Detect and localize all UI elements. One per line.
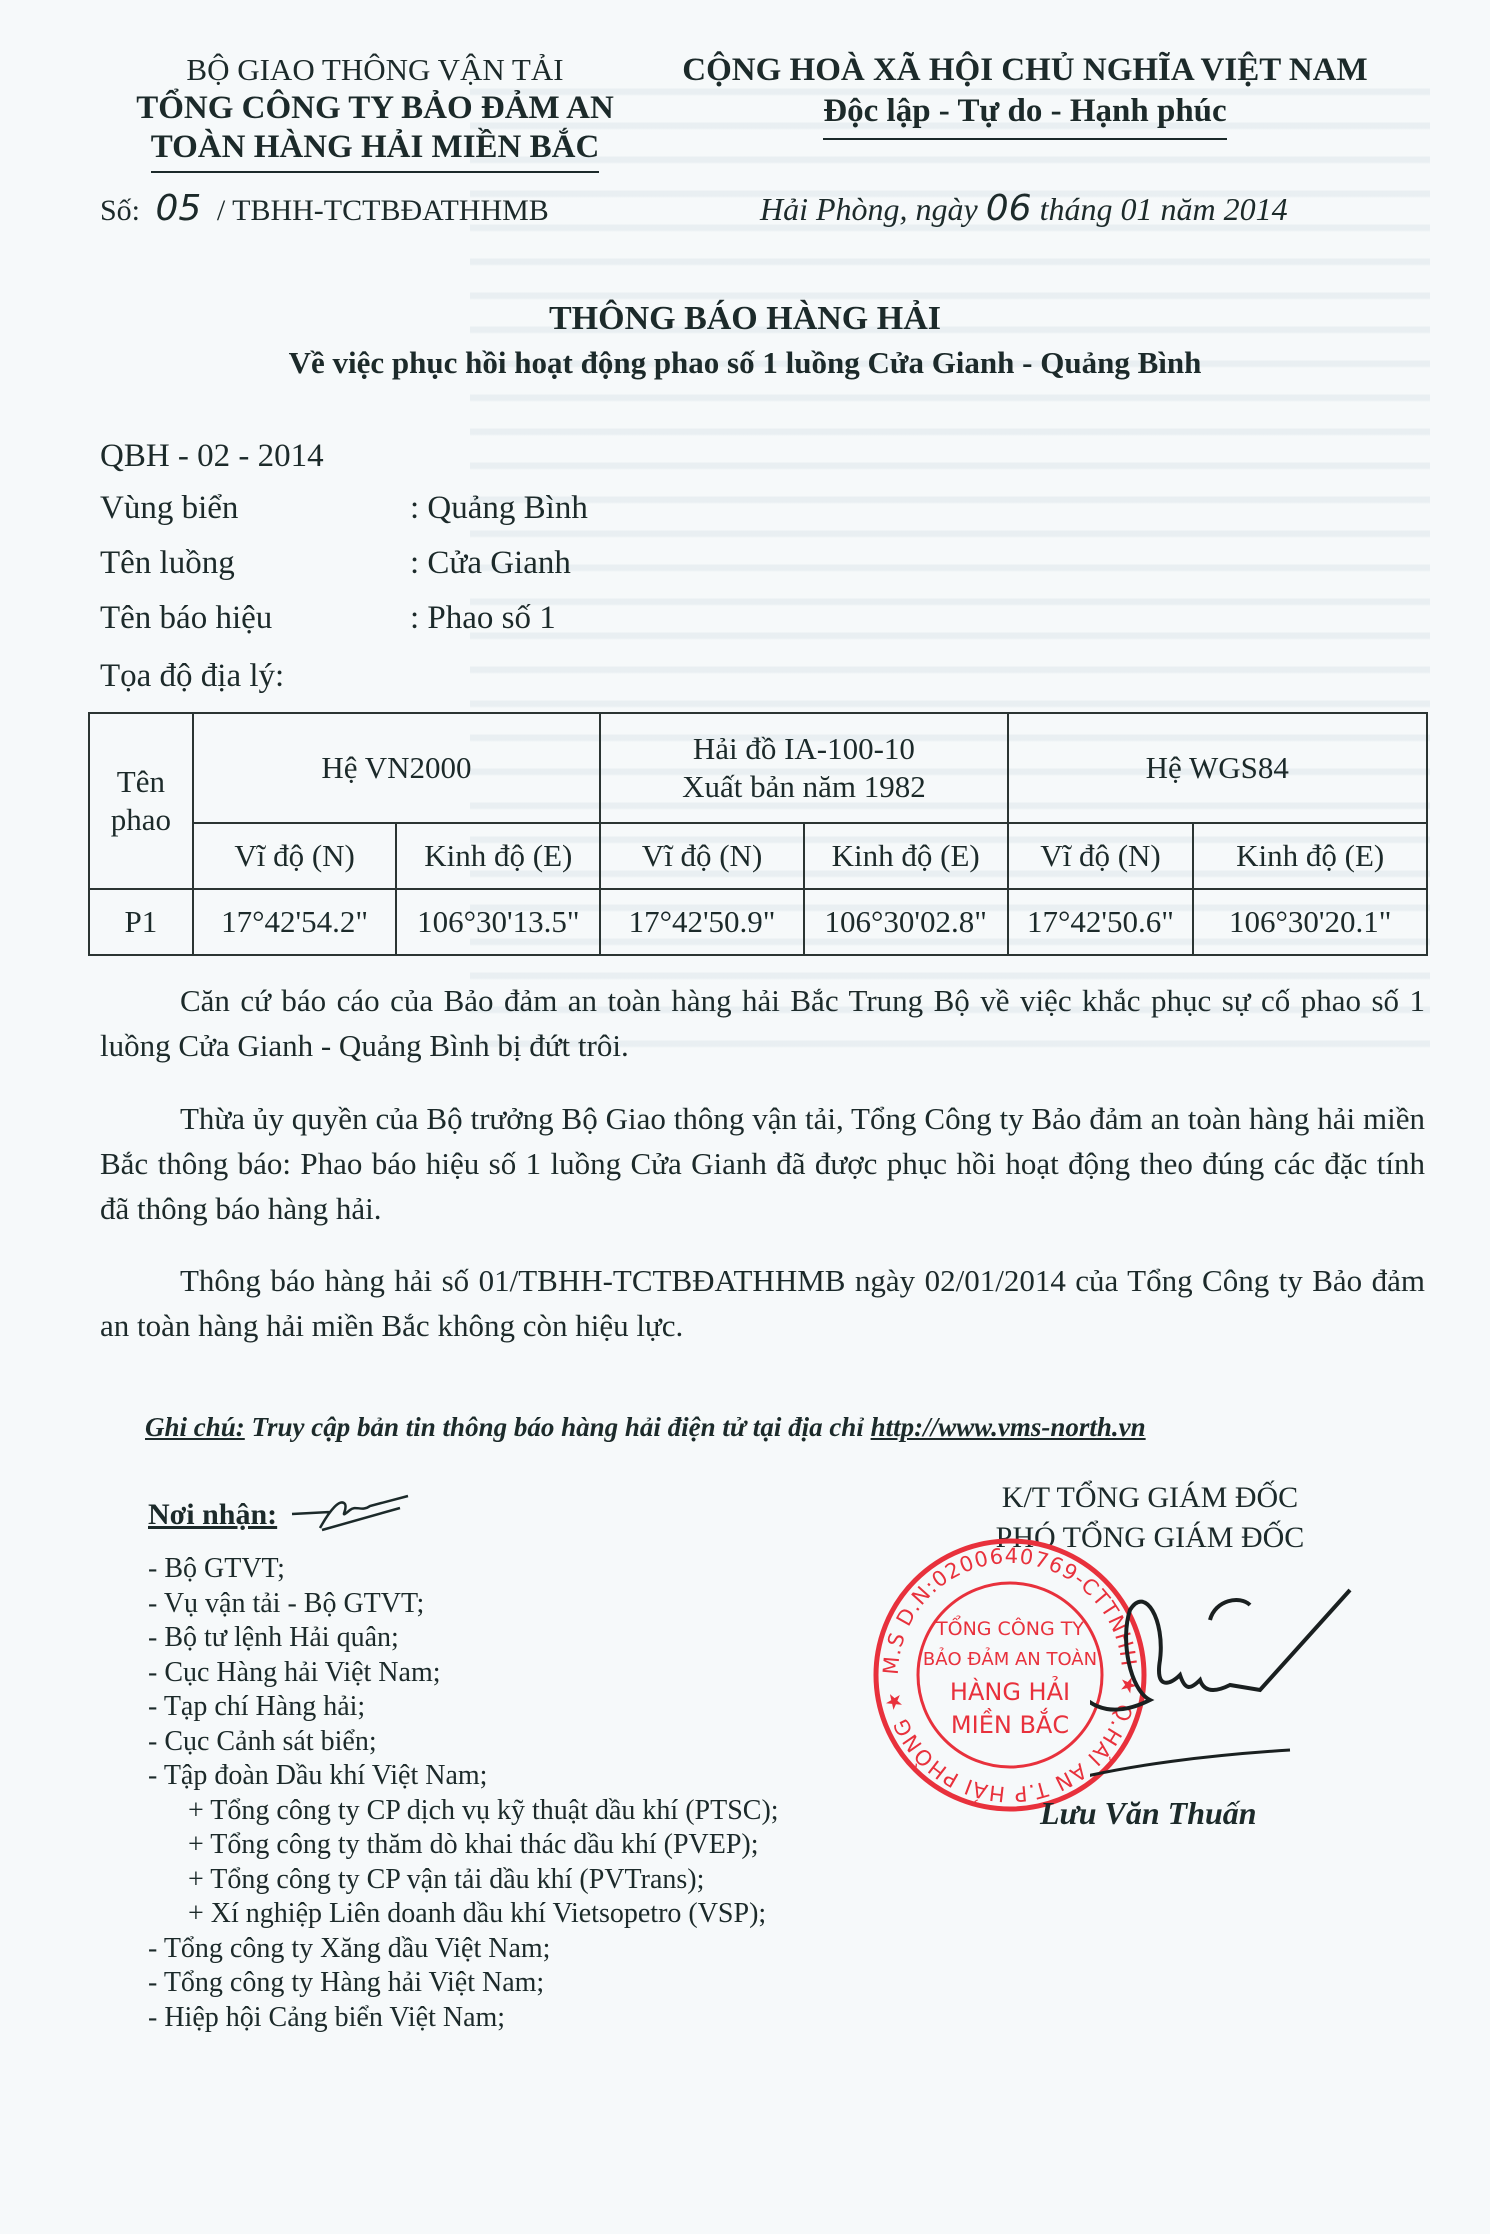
- note-line: Ghi chú: Truy cập bản tin thông báo hàng…: [145, 1412, 1146, 1443]
- list-item: - Tổng công ty Hàng hải Việt Nam;: [148, 1966, 779, 2001]
- document-subtitle: Về việc phục hồi hoạt động phao số 1 luồ…: [0, 345, 1490, 381]
- field-sea-area: Vùng biển: Quảng Bình: [100, 490, 588, 527]
- ministry-name: BỘ GIAO THÔNG VẬN TẢI: [95, 50, 655, 89]
- document-page: BỘ GIAO THÔNG VẬN TẢI TỔNG CÔNG TY BẢO Đ…: [0, 0, 1490, 2234]
- date-suffix: tháng 01 năm 2014: [1040, 191, 1288, 227]
- signatory-name: Lưu Văn Thuấn: [1040, 1795, 1257, 1832]
- table-header-row: Tên phao Hệ VN2000 Hải đồ IA-100-10 Xuất…: [89, 713, 1427, 823]
- paragraph-basis: Căn cứ báo cáo của Bảo đảm an toàn hàng …: [100, 978, 1425, 1068]
- handwritten-signature-icon: [1090, 1580, 1360, 1780]
- org-name-line2: TOÀN HÀNG HẢI MIỀN BẮC: [151, 128, 600, 173]
- list-item: - Cục Hàng hải Việt Nam;: [148, 1656, 779, 1691]
- list-item: - Tập đoàn Dầu khí Việt Nam;: [148, 1759, 779, 1794]
- subheader-lon: Kinh độ (E): [396, 823, 600, 889]
- list-subitem: + Tổng công ty CP vận tải dầu khí (PVTra…: [148, 1863, 779, 1898]
- number-label: Số:: [100, 194, 140, 227]
- document-number: Số: 05 / TBHH-TCTBĐATHHMB: [100, 188, 549, 229]
- recipients-list: - Bộ GTVT; - Vụ vận tải - Bộ GTVT; - Bộ …: [148, 1552, 779, 2035]
- list-subitem: + Tổng công ty CP dịch vụ kỹ thuật dầu k…: [148, 1794, 779, 1829]
- subheader-lat: Vĩ độ (N): [600, 823, 804, 889]
- cell-value: 106°30'13.5": [396, 889, 600, 955]
- coordinates-label: Tọa độ địa lý:: [100, 658, 284, 695]
- field-value: : Phao số 1: [410, 600, 556, 636]
- subheader-lon: Kinh độ (E): [1193, 823, 1427, 889]
- field-value: : Cửa Gianh: [410, 545, 571, 581]
- field-label: Tên luồng: [100, 545, 410, 582]
- date-prefix: Hải Phòng, ngày: [760, 191, 978, 227]
- list-item: - Tạp chí Hàng hải;: [148, 1690, 779, 1725]
- national-header: CỘNG HOÀ XÃ HỘI CHỦ NGHĨA VIỆT NAM Độc l…: [680, 50, 1370, 140]
- list-item: - Vụ vận tải - Bộ GTVT;: [148, 1587, 779, 1622]
- list-item: - Tổng công ty Xăng dầu Việt Nam;: [148, 1932, 779, 1967]
- field-channel-name: Tên luồng: Cửa Gianh: [100, 545, 571, 582]
- table-subheader-row: Vĩ độ (N) Kinh độ (E) Vĩ độ (N) Kinh độ …: [89, 823, 1427, 889]
- buoy-name-header: Tên phao: [89, 713, 193, 889]
- svg-text:MIỀN BẮC: MIỀN BẮC: [951, 1707, 1069, 1739]
- buoy-name: P1: [89, 889, 193, 955]
- coordinates-table: Tên phao Hệ VN2000 Hải đồ IA-100-10 Xuất…: [88, 712, 1428, 956]
- number-suffix: / TBHH-TCTBĐATHHMB: [217, 194, 549, 227]
- list-item: - Bộ tư lệnh Hải quân;: [148, 1621, 779, 1656]
- issuer-header: BỘ GIAO THÔNG VẬN TẢI TỔNG CÔNG TY BẢO Đ…: [95, 50, 655, 173]
- cell-value: 17°42'50.6": [1008, 889, 1194, 955]
- paragraph-revocation: Thông báo hàng hải số 01/TBHH-TCTBĐATHHM…: [100, 1258, 1425, 1348]
- list-subitem: + Tổng công ty thăm dò khai thác dầu khí…: [148, 1828, 779, 1863]
- cell-value: 17°42'50.9": [600, 889, 804, 955]
- national-motto: Độc lập - Tự do - Hạnh phúc: [823, 91, 1226, 140]
- system-header-wgs84: Hệ WGS84: [1008, 713, 1427, 823]
- country-name: CỘNG HOÀ XÃ HỘI CHỦ NGHĨA VIỆT NAM: [680, 50, 1370, 91]
- number-handwritten: 05: [156, 188, 202, 229]
- subheader-lat: Vĩ độ (N): [1008, 823, 1194, 889]
- list-subitem: + Xí nghiệp Liên doanh dầu khí Vietsopet…: [148, 1897, 779, 1932]
- system-header-chart-ia-100-10: Hải đồ IA-100-10 Xuất bản năm 1982: [600, 713, 1007, 823]
- svg-text:HÀNG HẢI: HÀNG HẢI: [950, 1675, 1070, 1706]
- paragraph-announcement: Thừa ủy quyền của Bộ trưởng Bộ Giao thôn…: [100, 1096, 1425, 1231]
- cell-value: 106°30'20.1": [1193, 889, 1427, 955]
- note-text: Truy cập bản tin thông báo hàng hải điện…: [245, 1412, 871, 1442]
- document-title: THÔNG BÁO HÀNG HẢI: [0, 300, 1490, 338]
- list-item: - Hiệp hội Cảng biển Việt Nam;: [148, 2001, 779, 2036]
- field-label: Vùng biển: [100, 490, 410, 527]
- recipients-title: Nơi nhận:: [148, 1498, 277, 1532]
- svg-text:TỔNG CÔNG TY: TỔNG CÔNG TY: [935, 1614, 1084, 1640]
- subheader-lon: Kinh độ (E): [804, 823, 1008, 889]
- document-date: Hải Phòng, ngày 06 tháng 01 năm 2014: [760, 188, 1288, 229]
- note-link[interactable]: http://www.vms-north.vn: [871, 1412, 1146, 1442]
- cell-value: 17°42'54.2": [193, 889, 397, 955]
- cell-value: 106°30'02.8": [804, 889, 1008, 955]
- system-header-vn2000: Hệ VN2000: [193, 713, 600, 823]
- subheader-lat: Vĩ độ (N): [193, 823, 397, 889]
- list-item: - Bộ GTVT;: [148, 1552, 779, 1587]
- svg-text:BẢO ĐẢM AN TOÀN: BẢO ĐẢM AN TOÀN: [923, 1647, 1097, 1670]
- date-day-handwritten: 06: [986, 188, 1032, 229]
- initial-mark-icon: [290, 1490, 410, 1540]
- field-label: Tên báo hiệu: [100, 600, 410, 637]
- table-row: P1 17°42'54.2" 106°30'13.5" 17°42'50.9" …: [89, 889, 1427, 955]
- note-label: Ghi chú:: [145, 1412, 245, 1442]
- org-name-line1: TỔNG CÔNG TY BẢO ĐẢM AN: [95, 89, 655, 128]
- field-value: : Quảng Bình: [410, 490, 588, 526]
- list-item: - Cục Cảnh sát biển;: [148, 1725, 779, 1760]
- notice-code: QBH - 02 - 2014: [100, 438, 324, 475]
- field-signal-name: Tên báo hiệu: Phao số 1: [100, 600, 556, 637]
